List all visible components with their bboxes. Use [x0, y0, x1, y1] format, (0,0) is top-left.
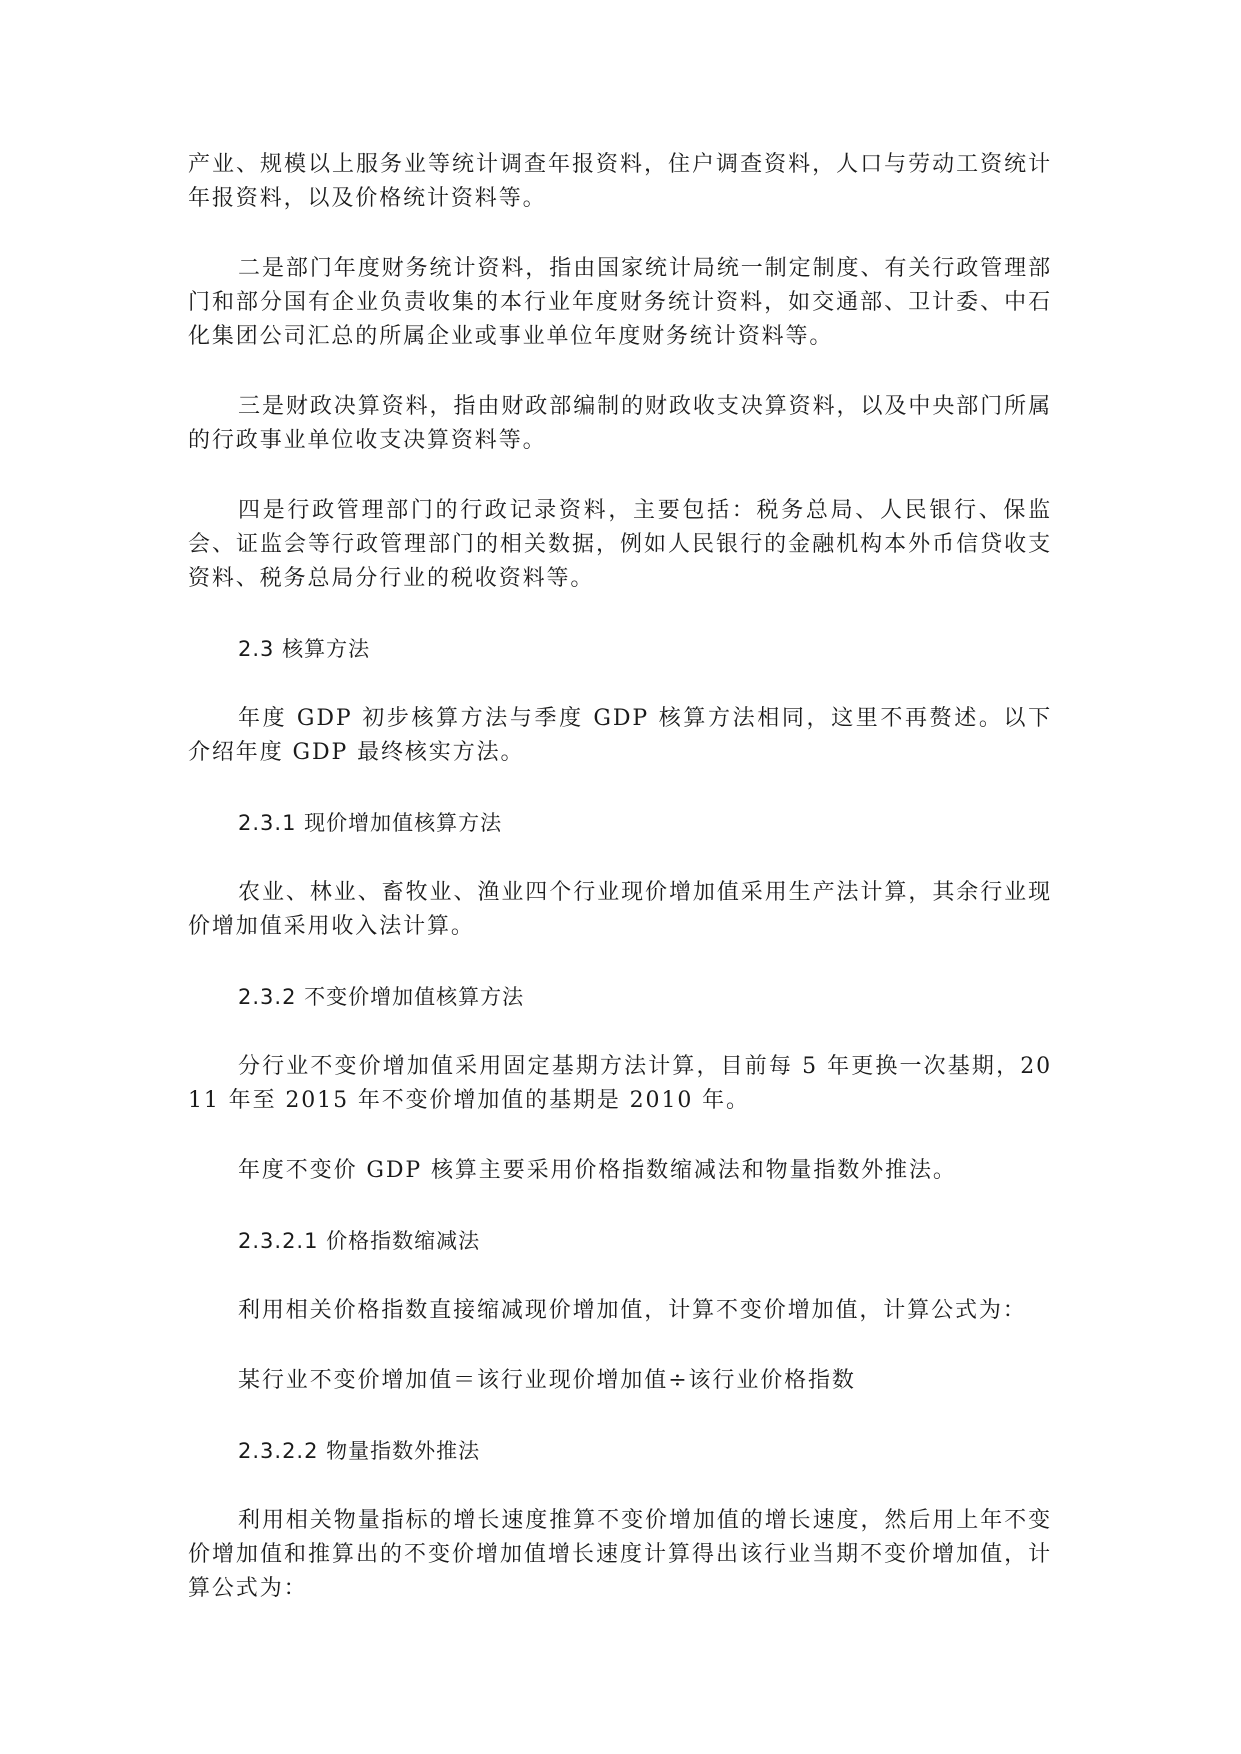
section-heading-2-3-2-1: 2.3.2.1 价格指数缩减法	[188, 1224, 1052, 1258]
section-heading-2-3-1: 2.3.1 现价增加值核算方法	[188, 806, 1052, 840]
section-heading-2-3-2-2: 2.3.2.2 物量指数外推法	[188, 1434, 1052, 1468]
formula-price-deflation: 某行业不变价增加值＝该行业现价增加值÷该行业价格指数	[188, 1364, 1052, 1398]
paragraph-constant-price-methods: 年度不变价 GDP 核算主要采用价格指数缩减法和物量指数外推法。	[188, 1154, 1052, 1188]
paragraph-survey-data-continuation: 产业、规模以上服务业等统计调查年报资料，住户调查资料，人口与劳动工资统计年报资料…	[188, 148, 1052, 216]
document-page: 产业、规模以上服务业等统计调查年报资料，住户调查资料，人口与劳动工资统计年报资料…	[188, 148, 1052, 1642]
paragraph-fiscal-accounts-data: 三是财政决算资料，指由财政部编制的财政收支决算资料，以及中央部门所属的行政事业单…	[188, 390, 1052, 458]
paragraph-annual-gdp-method: 年度 GDP 初步核算方法与季度 GDP 核算方法相同，这里不再赘述。以下介绍年…	[188, 702, 1052, 770]
paragraph-current-price-method: 农业、林业、畜牧业、渔业四个行业现价增加值采用生产法计算，其余行业现价增加值采用…	[188, 876, 1052, 944]
section-heading-2-3: 2.3 核算方法	[188, 632, 1052, 666]
paragraph-price-deflation-intro: 利用相关价格指数直接缩减现价增加值，计算不变价增加值，计算公式为：	[188, 1294, 1052, 1328]
paragraph-administrative-records: 四是行政管理部门的行政记录资料，主要包括：税务总局、人民银行、保监会、证监会等行…	[188, 494, 1052, 596]
paragraph-volume-extrapolation: 利用相关物量指标的增长速度推算不变价增加值的增长速度，然后用上年不变价增加值和推…	[188, 1504, 1052, 1606]
paragraph-fixed-base-period: 分行业不变价增加值采用固定基期方法计算，目前每 5 年更换一次基期，2011 年…	[188, 1050, 1052, 1118]
section-heading-2-3-2: 2.3.2 不变价增加值核算方法	[188, 980, 1052, 1014]
paragraph-department-financial-data: 二是部门年度财务统计资料，指由国家统计局统一制定制度、有关行政管理部门和部分国有…	[188, 252, 1052, 354]
